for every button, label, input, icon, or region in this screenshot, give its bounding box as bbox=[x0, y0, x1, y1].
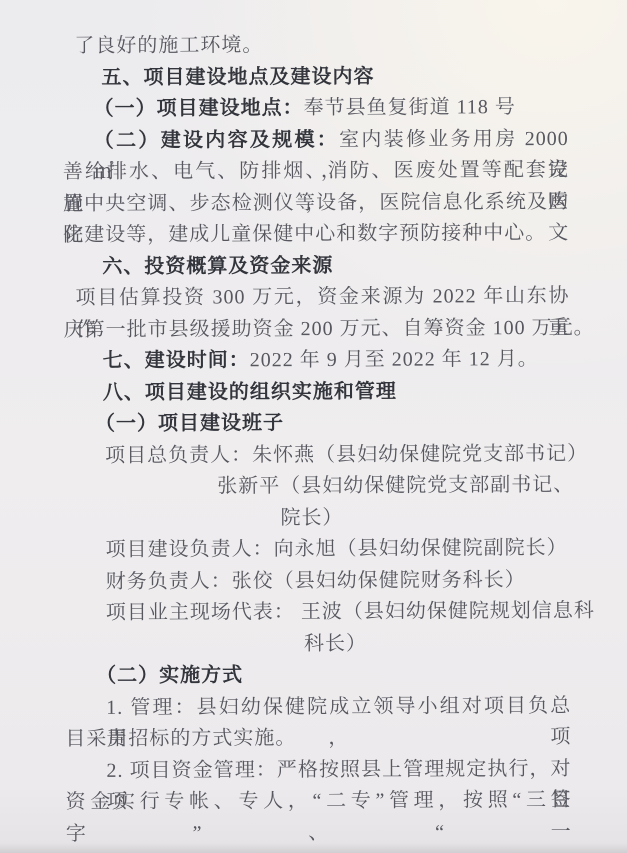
line-scale-4: 化建设等，建成儿童保健中心和数字预防接种中心。 bbox=[63, 218, 569, 252]
heading-subsection-team: （一）项目建设班子 bbox=[64, 407, 570, 441]
line-construction-lead: 项目建设负责人：向永旭（县妇幼保健院副院长） bbox=[64, 533, 570, 567]
line-text: 张新平（县妇幼保健院党支部副书记、 bbox=[217, 474, 574, 498]
line-text: 化建设等，建成儿童保健中心和数字预防接种中心。 bbox=[63, 222, 546, 246]
line-general-manager: 项目总负责人：朱怀燕（县妇幼保健院党支部书记） bbox=[64, 438, 570, 472]
line-text: 院长） bbox=[280, 506, 343, 528]
heading-section-eight: 八、项目建设的组织实施和管理 bbox=[64, 375, 570, 409]
line-fund-management-2: 资金实行专帐、专人，“二专”管理，按照“三签字”、“一 bbox=[66, 785, 572, 819]
line-owner-site-rep-cont: 科长） bbox=[65, 627, 571, 661]
line-label: 七、建设时间： bbox=[103, 349, 250, 372]
heading-label: （一）项目建设班子 bbox=[95, 412, 284, 435]
heading-label: 六、投资概算及资金来源 bbox=[102, 254, 333, 277]
line-text: 目采用招标的方式实施。 bbox=[65, 727, 296, 750]
heading-label: 五、项目建设地点及建设内容 bbox=[101, 65, 374, 88]
line-label: （一）项目建设地点： bbox=[94, 97, 304, 120]
line-text: 项目建设负责人：向永旭（县妇幼保健院副院长） bbox=[106, 537, 568, 561]
line-fund-management-1: 2. 项目资金管理：严格按照县上管理规定执行，对项目 bbox=[65, 753, 571, 787]
line-text: 财务负责人：张佼（县妇幼保健院财务科长） bbox=[106, 569, 526, 593]
line-context-continuation: 了良好的施工环境。 bbox=[62, 29, 568, 63]
heading-subsection-method: （二）实施方式 bbox=[65, 659, 571, 693]
line-text: 庆第一批市县级援助资金 200 万元、自筹资金 100 万元。 bbox=[64, 316, 595, 340]
line-text: 科长） bbox=[304, 632, 367, 654]
line-finance-lead: 财务负责人：张佼（县妇幼保健院财务科长） bbox=[65, 564, 571, 598]
line-text: 2022 年 9 月至 2022 年 12 月。 bbox=[250, 348, 539, 371]
line-scale-3: 置中央空调、步态检测仪等设备，医院信息化系统及医院文 bbox=[63, 186, 569, 220]
heading-label: （二）实施方式 bbox=[96, 664, 243, 687]
heading-section-five: 五、项目建设地点及建设内容 bbox=[62, 60, 568, 94]
line-text: 资金实行专帐、专人，“二专”管理，按照“三签字”、“一 bbox=[66, 789, 572, 845]
line-label: （二）建设内容及规模： bbox=[94, 128, 339, 151]
line-owner-site-rep: 项目业主现场代表： 王波（县妇幼保健院规划信息科 bbox=[65, 596, 571, 630]
document-text-block: 了良好的施工环境。 五、项目建设地点及建设内容 （一）项目建设地点：奉节县鱼复街… bbox=[62, 29, 571, 819]
line-text: 了良好的施工环境。 bbox=[74, 34, 263, 57]
line-investment-1: 项目估算投资 300 万元，资金来源为 2022 年山东协作重 bbox=[63, 281, 569, 315]
line-investment-2: 庆第一批市县级援助资金 200 万元、自筹资金 100 万元。 bbox=[64, 312, 570, 346]
line-scale-1: （二）建设内容及规模：室内装修业务用房 2000 ㎡，完 bbox=[63, 123, 569, 157]
heading-section-six: 六、投资概算及资金来源 bbox=[63, 249, 569, 283]
line-project-location: （一）项目建设地点：奉节县鱼复街道 118 号 bbox=[63, 92, 569, 126]
line-deputy-secretary: 张新平（县妇幼保健院党支部副书记、 bbox=[64, 470, 570, 504]
line-text: 奉节县鱼复街道 118 号 bbox=[304, 96, 516, 119]
line-text: 项目业主现场代表： 王波（县妇幼保健院规划信息科 bbox=[106, 600, 595, 624]
line-scale-2: 善给排水、电气、防排烟、消防、医废处置等配套设施，购 bbox=[63, 155, 569, 189]
line-deputy-secretary-cont: 院长） bbox=[64, 501, 570, 535]
line-section-seven-time: 七、建设时间：2022 年 9 月至 2022 年 12 月。 bbox=[64, 344, 570, 378]
heading-label: 八、项目建设的组织实施和管理 bbox=[103, 380, 397, 403]
line-management-1: 1. 管理：县妇幼保健院成立领导小组对项目负总责，项 bbox=[65, 690, 571, 724]
scanned-document-page: 了良好的施工环境。 五、项目建设地点及建设内容 （一）项目建设地点：奉节县鱼复街… bbox=[0, 0, 627, 853]
line-text: 项目总负责人：朱怀燕（县妇幼保健院党支部书记） bbox=[105, 442, 588, 466]
